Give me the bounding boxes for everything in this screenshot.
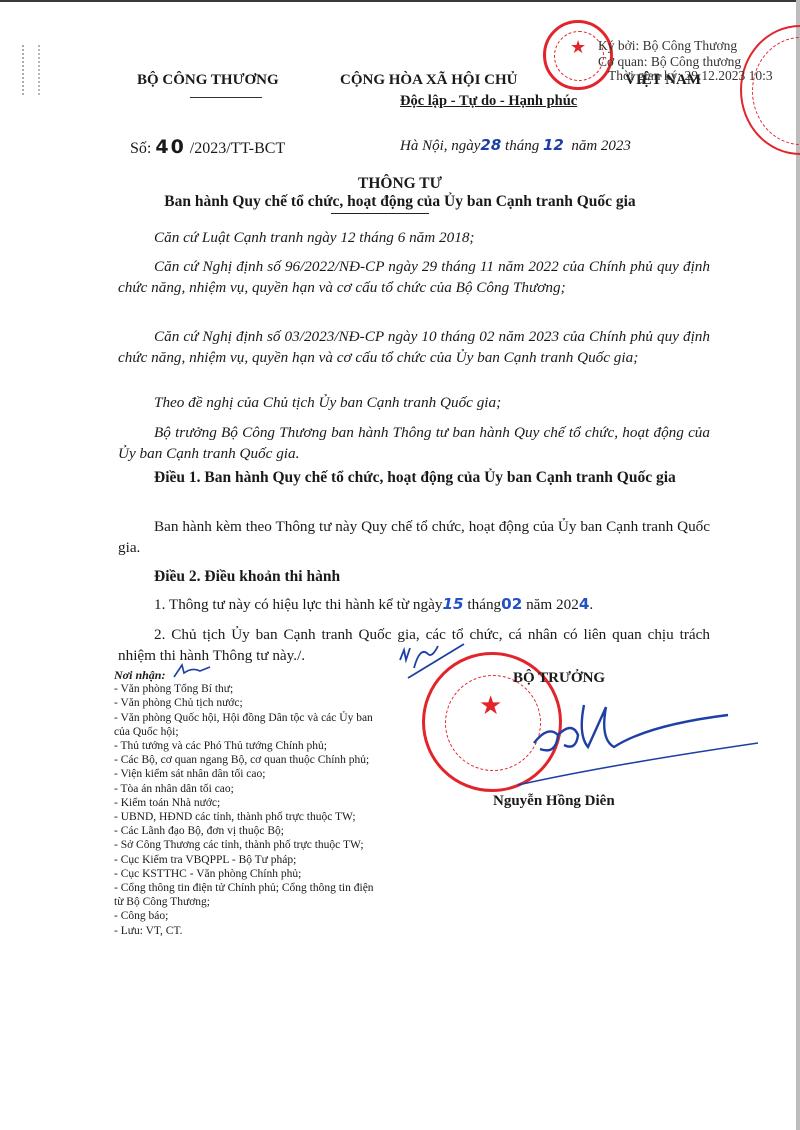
article-1-body: Ban hành kèm theo Thông tư này Quy chế t… [118, 516, 710, 558]
document-subtitle: Ban hành Quy chế tổ chức, hoạt động của … [0, 193, 800, 211]
effective-month-handwritten: 02 [501, 595, 522, 613]
recipient-item: - Cục KSTTHC - Văn phòng Chính phủ; [114, 867, 374, 881]
recipient-item: - Văn phòng Chủ tịch nước; [114, 696, 374, 710]
recipient-item: - Các Lãnh đạo Bộ, đơn vị thuộc Bộ; [114, 824, 374, 838]
preamble-3: Căn cứ Nghị định số 03/2023/NĐ-CP ngày 1… [118, 326, 710, 368]
article-2-heading: Điều 2. Điều khoản thi hành [118, 566, 710, 587]
page-right-edge [796, 0, 800, 1130]
effective-day-handwritten: 15 [442, 595, 463, 613]
star-icon: ★ [570, 37, 586, 58]
number-prefix: Số: [130, 140, 151, 157]
recipient-item: - Các Bộ, cơ quan ngang Bộ, cơ quan thuộ… [114, 753, 374, 767]
issuer-name: BỘ CÔNG THƯƠNG [137, 72, 279, 89]
number-suffix: /2023/TT-BCT [190, 140, 285, 157]
recipient-item: - Kiểm toán Nhà nước; [114, 796, 374, 810]
month-label: tháng [505, 138, 539, 154]
nation-title-left: CỘNG HÒA XÃ HỘI CHỦ [340, 72, 518, 89]
place-date: Hà Nội, ngày28 tháng 12 năm 2023 [400, 136, 631, 155]
preamble-5: Bộ trưởng Bộ Công Thương ban hành Thông … [118, 422, 710, 464]
motto: Độc lập - Tự do - Hạnh phúc [400, 93, 577, 110]
recipient-item: - Văn phòng Tổng Bí thư; [114, 682, 374, 696]
recipient-item: - Cục Kiểm tra VBQPPL - Bộ Tư pháp; [114, 853, 374, 867]
clause-1: 1. Thông tư này có hiệu lực thi hành kể … [118, 594, 710, 615]
recipient-item: - Lưu: VT, CT. [114, 924, 374, 938]
digital-agency: Cơ quan: Bộ Công thương [598, 54, 741, 69]
recipients-list: Nơi nhận: - Văn phòng Tổng Bí thư;- Văn … [114, 668, 374, 938]
recipient-item: - Thủ tướng và các Phó Thủ tướng Chính p… [114, 739, 374, 753]
scan-artifact [22, 45, 40, 95]
recipient-item: - Cổng thông tin điện tử Chính phủ; Cổng… [114, 881, 374, 895]
year-label: năm 2023 [571, 138, 631, 154]
recipient-item: - Công báo; [114, 909, 374, 923]
signer-name: Nguyễn Hồng Diên [493, 793, 615, 810]
place-date-prefix: Hà Nội, ngày [400, 138, 480, 154]
recipient-item: - Sở Công Thương các tỉnh, thành phố trự… [114, 838, 374, 852]
number-handwritten: 40 [155, 136, 185, 158]
recipient-initial-icon [172, 663, 212, 679]
signer-title: BỘ TRƯỞNG [513, 670, 605, 687]
recipients-heading: Nơi nhận: [114, 668, 374, 682]
recipient-item: - Tòa án nhân dân tối cao; [114, 782, 374, 796]
page-top-edge [0, 0, 800, 2]
preamble-2: Căn cứ Nghị định số 96/2022/NĐ-CP ngày 2… [118, 256, 710, 298]
issuer-underline [190, 97, 262, 98]
official-seal-right [740, 25, 800, 155]
digital-time: Thời gian ký: 29.12.2023 10:3 [608, 68, 773, 83]
day-handwritten: 28 [480, 136, 501, 154]
month-handwritten: 12 [543, 136, 564, 154]
preamble-1: Căn cứ Luật Cạnh tranh ngày 12 tháng 6 n… [118, 227, 710, 248]
document-number: Số: 40 /2023/TT-BCT [130, 136, 285, 158]
digital-signer: Ký bởi: Bộ Công Thương [598, 38, 737, 53]
recipient-item: - UBND, HĐND các tỉnh, thành phố trực th… [114, 810, 374, 824]
recipient-item: của Quốc hội; [114, 725, 374, 739]
recipient-item: - Viện kiểm sát nhân dân tối cao; [114, 767, 374, 781]
preamble-4: Theo đề nghị của Chủ tịch Ủy ban Cạnh tr… [118, 392, 710, 413]
recipient-item: - Văn phòng Quốc hội, Hội đồng Dân tộc v… [114, 711, 374, 725]
star-icon: ★ [479, 691, 502, 721]
handwritten-signature [528, 695, 768, 795]
effective-year-handwritten: 4 [579, 595, 590, 613]
document-title: THÔNG TƯ [0, 175, 800, 193]
article-1-heading: Điều 1. Ban hành Quy chế tổ chức, hoạt đ… [118, 467, 710, 488]
recipient-item: từ Bộ Công Thương; [114, 895, 374, 909]
subtitle-underline [331, 213, 429, 214]
